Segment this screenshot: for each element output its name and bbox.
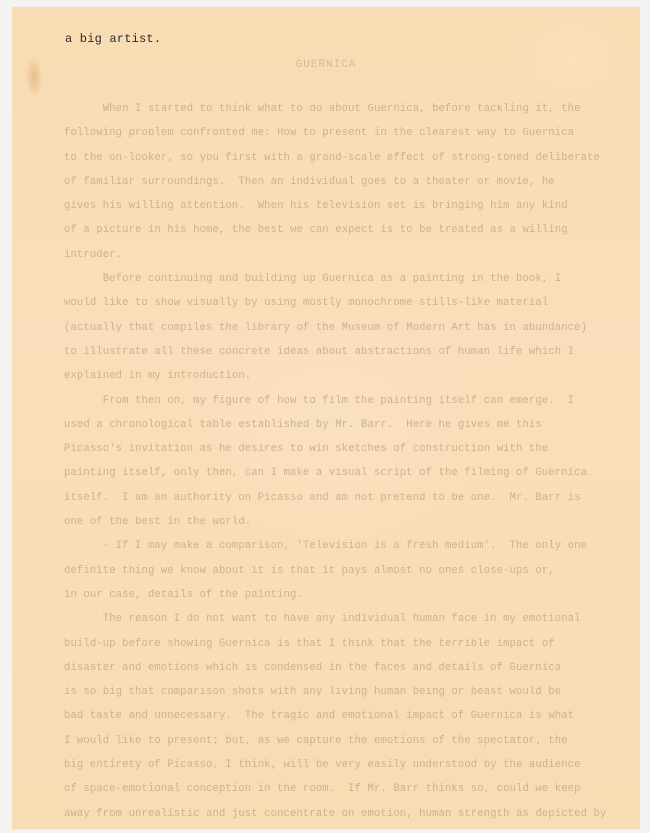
show-through-line: bad taste and unnecessary. The tragic an… xyxy=(64,704,624,728)
show-through-line: Before continuing and building up Guerni… xyxy=(64,267,624,291)
show-through-line: of space-emotional conception in the roo… xyxy=(64,777,624,801)
show-through-line: of familiar surroundings. Then an indivi… xyxy=(64,170,624,194)
show-through-line: is so big that comparison shots with any… xyxy=(64,680,624,704)
show-through-line: following problem confronted me: How to … xyxy=(64,121,624,145)
show-through-line: in our case, details of the painting. xyxy=(64,583,624,607)
show-through-line: gives his willing attention. When his te… xyxy=(64,194,624,218)
typed-text-front: a big artist. xyxy=(65,32,161,46)
show-through-line: (actually that compiles the library of t… xyxy=(64,316,624,340)
show-through-line: to the on-looker, so you first with a gr… xyxy=(64,146,624,170)
show-through-line: disaster and emotions which is condensed… xyxy=(64,656,624,680)
show-through-line: - If I may make a comparison, 'Televisio… xyxy=(64,534,624,558)
show-through-heading: GUERNICA xyxy=(12,59,640,71)
show-through-line: big entirety of Picasso, I think, will b… xyxy=(64,753,624,777)
show-through-line: From then on, my figure of how to film t… xyxy=(64,389,624,413)
show-through-line: Picasso's invitation as he desires to wi… xyxy=(64,437,624,461)
show-through-line: would like to show visually by using mos… xyxy=(64,291,624,315)
paper-sheet: a big artist. GUERNICA When I started to… xyxy=(12,7,640,829)
show-through-line: itself. I am an authority on Picasso and… xyxy=(64,486,624,510)
show-through-line: explained in my introduction. xyxy=(64,364,624,388)
show-through-body: When I started to think what to do about… xyxy=(64,97,624,826)
show-through-line: of a picture in his home, the best we ca… xyxy=(64,218,624,242)
show-through-line: away from unrealistic and just concentra… xyxy=(64,802,624,826)
show-through-line: build-up before showing Guernica is that… xyxy=(64,632,624,656)
show-through-line: I would like to present; but, as we capt… xyxy=(64,729,624,753)
show-through-line: The reason I do not want to have any ind… xyxy=(64,607,624,631)
show-through-line: When I started to think what to do about… xyxy=(64,97,624,121)
show-through-line: one of the best in the world. xyxy=(64,510,624,534)
show-through-line: to illustrate all these concrete ideas a… xyxy=(64,340,624,364)
show-through-line: intruder. xyxy=(64,243,624,267)
show-through-line: painting itself, only then, can I make a… xyxy=(64,461,624,485)
show-through-line: definite thing we know about it is that … xyxy=(64,559,624,583)
show-through-line: used a chronological table established b… xyxy=(64,413,624,437)
